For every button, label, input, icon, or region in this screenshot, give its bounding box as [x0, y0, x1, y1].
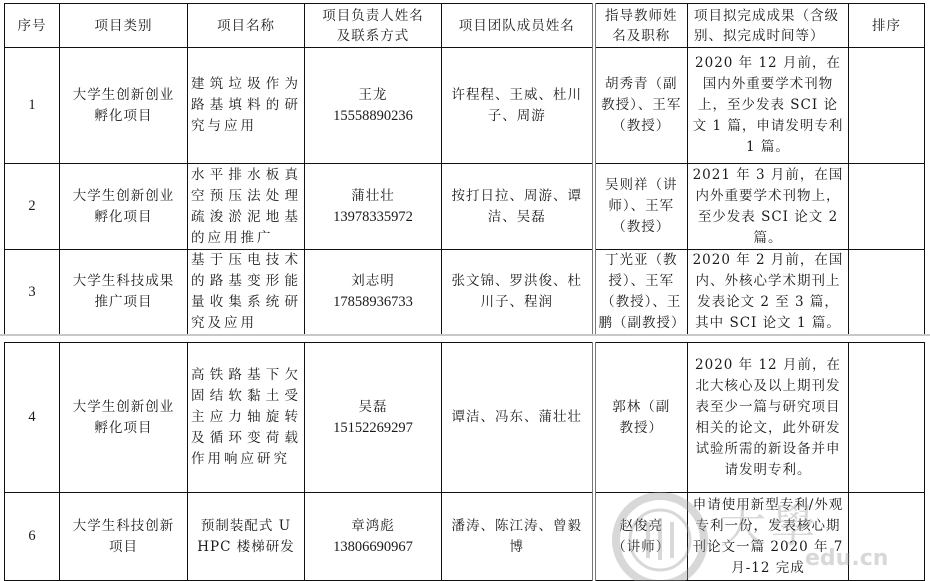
header-rank: 排序 — [849, 4, 925, 48]
cell-outcome: 2020 年 12 月前，在国内外重要学术刊物上，至少发表 SCI 论文 1 篇… — [688, 48, 849, 164]
leader-name: 蒲壮壮 — [308, 186, 438, 207]
header-seq: 序号 — [5, 4, 60, 48]
leader-name: 吴磊 — [308, 397, 438, 418]
cell-rank — [849, 164, 925, 250]
cell-advisor: 郭林（副教授） — [594, 343, 688, 493]
cell-project-name: 水平排水板真空预压法处理疏浚淤泥地基的应用推广 — [188, 164, 305, 250]
cell-outcome: 2020 年 2 月前，在国内、外核心学术期刊上发表论文 2 至 3 篇，其中 … — [688, 250, 849, 335]
cell-advisor: 胡秀青（副教授）、王军（教授） — [594, 48, 688, 164]
cell-team: 按打日拉、周游、谭洁、吴磊 — [442, 164, 594, 250]
cell-project-name: 基于压电技术的路基变形能量收集系统研究及应用 — [188, 250, 305, 335]
cell-category: 大学生科技成果推广项目 — [60, 250, 188, 335]
cell-outcome: 2020 年 12 月前，在北大核心及以上期刊发表至少一篇与研究项目相关的论文，… — [688, 343, 849, 493]
table-segment-1: 序号 项目类别 项目名称 项目负责人姓名及联系方式 项目团队成员姓名 指导教师姓… — [4, 3, 925, 335]
cell-rank — [849, 343, 925, 493]
cell-category: 大学生创新创业孵化项目 — [60, 164, 188, 250]
header-row: 序号 项目类别 项目名称 项目负责人姓名及联系方式 项目团队成员姓名 指导教师姓… — [5, 4, 925, 48]
header-leader: 项目负责人姓名及联系方式 — [305, 4, 442, 48]
cell-team: 许程程、王威、杜川子、周游 — [442, 48, 594, 164]
table-row: 2 大学生创新创业孵化项目 水平排水板真空预压法处理疏浚淤泥地基的应用推广 蒲壮… — [5, 164, 925, 250]
cell-seq: 6 — [5, 493, 60, 581]
cell-outcome: 申请使用新型专利/外观专利一份，发表核心期刊论文一篇 2020 年 7 月-12… — [688, 493, 849, 581]
cell-rank — [849, 493, 925, 581]
leader-phone: 15558890236 — [308, 106, 438, 127]
leader-name: 刘志明 — [308, 271, 438, 292]
cell-category: 大学生科技创新项目 — [60, 493, 188, 581]
project-table: 序号 项目类别 项目名称 项目负责人姓名及联系方式 项目团队成员姓名 指导教师姓… — [4, 3, 925, 335]
table-row: 1 大学生创新创业孵化项目 建筑垃圾作为路基填料的研究与应用 王龙 155588… — [5, 48, 925, 164]
table-row: 4 大学生创新创业孵化项目 高铁路基下欠固结软黏土受主应力轴旋转及循环变荷载作用… — [5, 343, 925, 493]
cell-project-name: 建筑垃圾作为路基填料的研究与应用 — [188, 48, 305, 164]
header-outcome: 项目拟完成成果（含级别、拟完成时间等） — [688, 4, 849, 48]
leader-phone: 13806690967 — [308, 537, 438, 558]
cell-team: 潘涛、陈江涛、曾毅博 — [442, 493, 594, 581]
cell-rank — [849, 48, 925, 164]
leader-phone: 15152269297 — [308, 418, 438, 439]
cell-advisor: 吴则祥（讲师）、王军（教授） — [594, 164, 688, 250]
cell-leader: 吴磊 15152269297 — [305, 343, 442, 493]
cell-leader: 章鸿彪 13806690967 — [305, 493, 442, 581]
cell-rank — [849, 250, 925, 335]
cell-project-name: 预制装配式 UHPC 楼梯研发 — [188, 493, 305, 581]
cell-seq: 1 — [5, 48, 60, 164]
cell-leader: 王龙 15558890236 — [305, 48, 442, 164]
cell-leader: 蒲壮壮 13978335972 — [305, 164, 442, 250]
cell-category: 大学生创新创业孵化项目 — [60, 343, 188, 493]
cell-project-name: 高铁路基下欠固结软黏土受主应力轴旋转及循环变荷载作用响应研究 — [188, 343, 305, 493]
cell-seq: 3 — [5, 250, 60, 335]
table-segment-2: 4 大学生创新创业孵化项目 高铁路基下欠固结软黏土受主应力轴旋转及循环变荷载作用… — [4, 342, 925, 581]
project-table-continued: 4 大学生创新创业孵化项目 高铁路基下欠固结软黏土受主应力轴旋转及循环变荷载作用… — [4, 342, 925, 581]
cell-advisor: 丁光亚（教授）、王军（教授）、王鹏（副教授） — [594, 250, 688, 335]
header-team: 项目团队成员姓名 — [442, 4, 594, 48]
header-project-name: 项目名称 — [188, 4, 305, 48]
leader-phone: 17858936733 — [308, 292, 438, 313]
cell-leader: 刘志明 17858936733 — [305, 250, 442, 335]
header-advisor: 指导教师姓名及职称 — [594, 4, 688, 48]
header-category: 项目类别 — [60, 4, 188, 48]
cell-seq: 4 — [5, 343, 60, 493]
cell-advisor: 赵俊亮（讲师） — [594, 493, 688, 581]
cell-team: 谭洁、冯东、蒲壮壮 — [442, 343, 594, 493]
table-row: 6 大学生科技创新项目 预制装配式 UHPC 楼梯研发 章鸿彪 13806690… — [5, 493, 925, 581]
cell-outcome: 2021 年 3 月前，在国内外重要学术刊物上，至少发表 SCI 论文 2 篇。 — [688, 164, 849, 250]
leader-name: 章鸿彪 — [308, 516, 438, 537]
leader-name: 王龙 — [308, 85, 438, 106]
cell-seq: 2 — [5, 164, 60, 250]
table-row: 3 大学生科技成果推广项目 基于压电技术的路基变形能量收集系统研究及应用 刘志明… — [5, 250, 925, 335]
leader-phone: 13978335972 — [308, 207, 438, 228]
page-break-divider — [0, 334, 930, 336]
cell-category: 大学生创新创业孵化项目 — [60, 48, 188, 164]
cell-team: 张文锦、罗洪俊、杜川子、程润 — [442, 250, 594, 335]
